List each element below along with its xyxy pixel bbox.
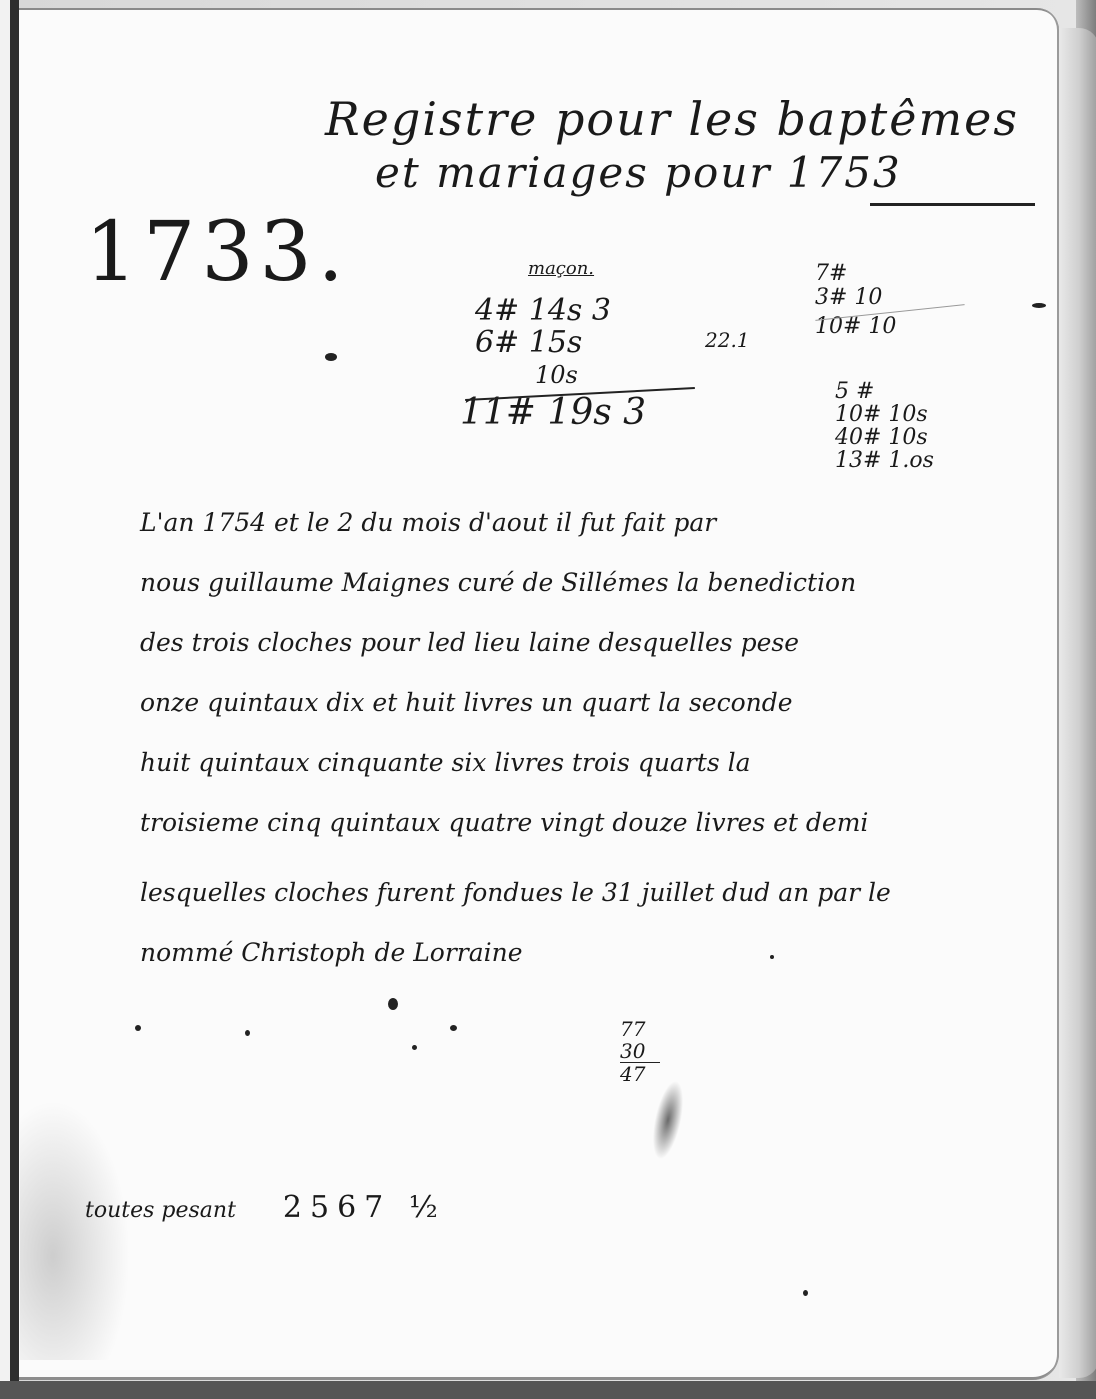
entry-line: lesquelles cloches furent fondues le 31 … [140,868,1000,928]
register-title-line2: et mariages pour 1753 [375,148,902,197]
register-title-line1: Registre pour les baptêmes [325,92,1019,146]
calc-label-macon: maçon. [528,258,594,279]
calc-middle-note: 22.1 [705,328,750,352]
calc-row: 30 [620,1040,660,1062]
ink-blot [803,1290,808,1296]
calc-row: 10# 10s [835,403,934,426]
entry-line: des trois cloches pour led lieu laine de… [140,618,1000,678]
ink-blot [245,1030,250,1036]
binding-line [10,0,19,1399]
calc-total: 47 [620,1063,660,1085]
ink-blot [1032,303,1046,308]
calc-right-bottom: 5 # 10# 10s 40# 10s 13# 1.os [835,380,934,472]
calc-row: 4# 14s 3 [475,295,695,327]
calc-total: 10# 10 [815,315,965,339]
ink-blot [450,1025,457,1031]
total-weight-value: 2567 ½ [283,1190,446,1225]
total-weight: toutes pesant 2567 ½ [85,1190,446,1225]
smudge-stain [20,1100,130,1360]
page-edge [1059,28,1096,1378]
entry-line: onze quintaux dix et huit livres un quar… [140,678,1000,738]
calc-row: 6# 15s [475,327,695,359]
ink-blot [412,1045,417,1050]
ink-blot [388,998,398,1010]
entry-line: nous guillaume Maignes curé de Sillémes … [140,558,1000,618]
calc-row: 40# 10s [835,426,934,449]
calc-right-top: 7# 3# 10 10# 10 [815,262,965,339]
calc-row: 5 # [835,380,934,403]
register-entry: L'an 1754 et le 2 du mois d'aout il fut … [140,498,1000,988]
entry-line: L'an 1754 et le 2 du mois d'aout il fut … [140,498,1000,558]
bottom-shadow [0,1381,1096,1399]
ink-blot [135,1025,141,1031]
title-underline [870,203,1035,206]
margin-year: 1733. [85,205,350,300]
calc-left-sum: 4# 14s 3 6# 15s 10s 11# 19s 3 [475,295,695,429]
binding-strip [0,0,10,1399]
entry-line: troisieme cinq quintaux quatre vingt dou… [140,798,1000,858]
calc-row: 10s [475,359,695,391]
ink-blot [770,955,774,959]
calc-bottom-subtraction: 77 30 47 [620,1018,660,1085]
calc-row: 7# [815,262,965,286]
entry-line: nommé Christoph de Lorraine [140,928,1000,988]
entry-line: huit quintaux cinquante six livres trois… [140,738,1000,798]
calc-row: 13# 1.os [835,449,934,472]
ink-blot [325,353,337,361]
total-weight-label: toutes pesant [85,1198,236,1223]
calc-total: 11# 19s 3 [460,397,695,429]
calc-row: 77 [620,1018,660,1040]
